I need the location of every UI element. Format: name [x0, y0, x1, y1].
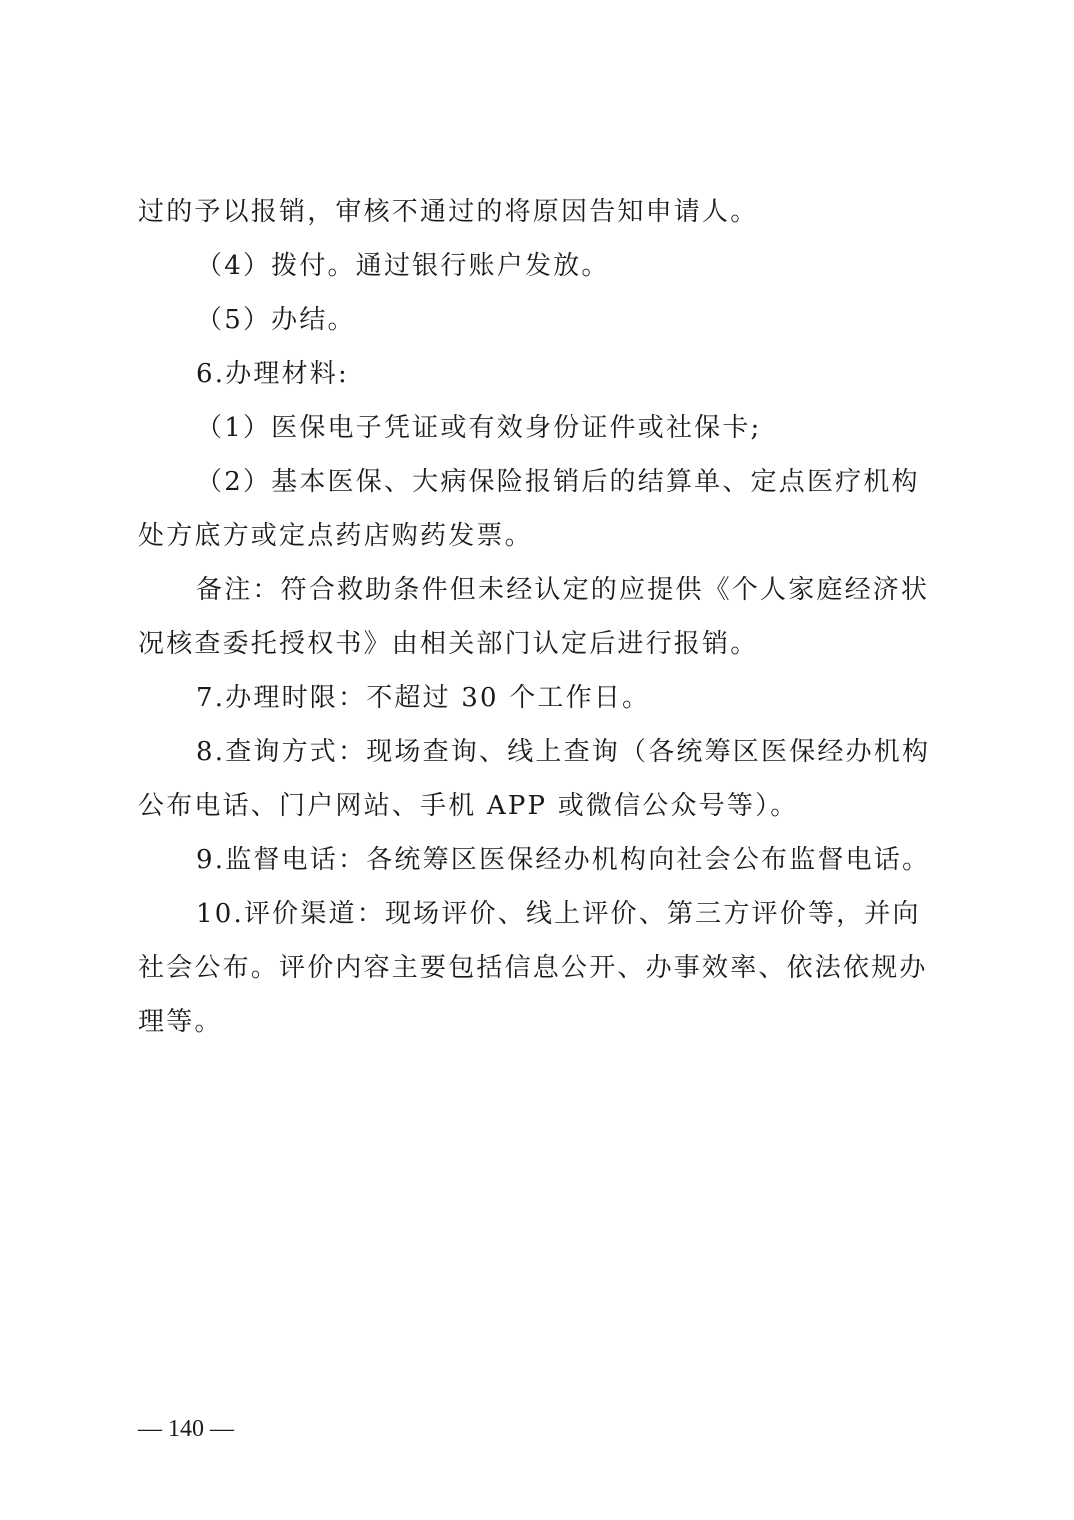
note-line-2: 况核查委托授权书》由相关部门认定后进行报销。	[138, 628, 938, 660]
note-line-1: 备注：符合救助条件但未经认定的应提供《个人家庭经济状	[196, 574, 996, 606]
text-line-6: （2）基本医保、大病保险报销后的结算单、定点医疗机构	[196, 466, 996, 498]
section-heading-materials: 6.办理材料:	[196, 358, 996, 390]
text-line-3: （5）办结。	[196, 304, 996, 336]
text-line-2: （4）拨付。通过银行账户发放。	[196, 250, 996, 282]
document-page: 过的予以报销，审核不通过的将原因告知申请人。 （4）拨付。通过银行账户发放。 （…	[0, 0, 1074, 1520]
text-line-5: （1）医保电子凭证或有效身份证件或社保卡;	[196, 412, 996, 444]
section-evaluation-channels: 10.评价渠道：现场评价、线上评价、第三方评价等，并向	[196, 898, 996, 930]
text-line-7: 处方底方或定点药店购药发票。	[138, 520, 938, 552]
text-line-12: 公布电话、门户网站、手机 APP 或微信公众号等）。	[138, 790, 938, 822]
text-line-15: 社会公布。评价内容主要包括信息公开、办事效率、依法依规办	[138, 952, 938, 984]
text-line-16: 理等。	[138, 1006, 938, 1038]
text-line-1: 过的予以报销，审核不通过的将原因告知申请人。	[138, 196, 938, 228]
section-query-method: 8.查询方式：现场查询、线上查询（各统筹区医保经办机构	[196, 736, 996, 768]
section-time-limit: 7.办理时限：不超过 30 个工作日。	[196, 682, 996, 714]
page-number: — 140 —	[138, 1414, 234, 1444]
section-supervision-phone: 9.监督电话：各统筹区医保经办机构向社会公布监督电话。	[196, 844, 996, 876]
